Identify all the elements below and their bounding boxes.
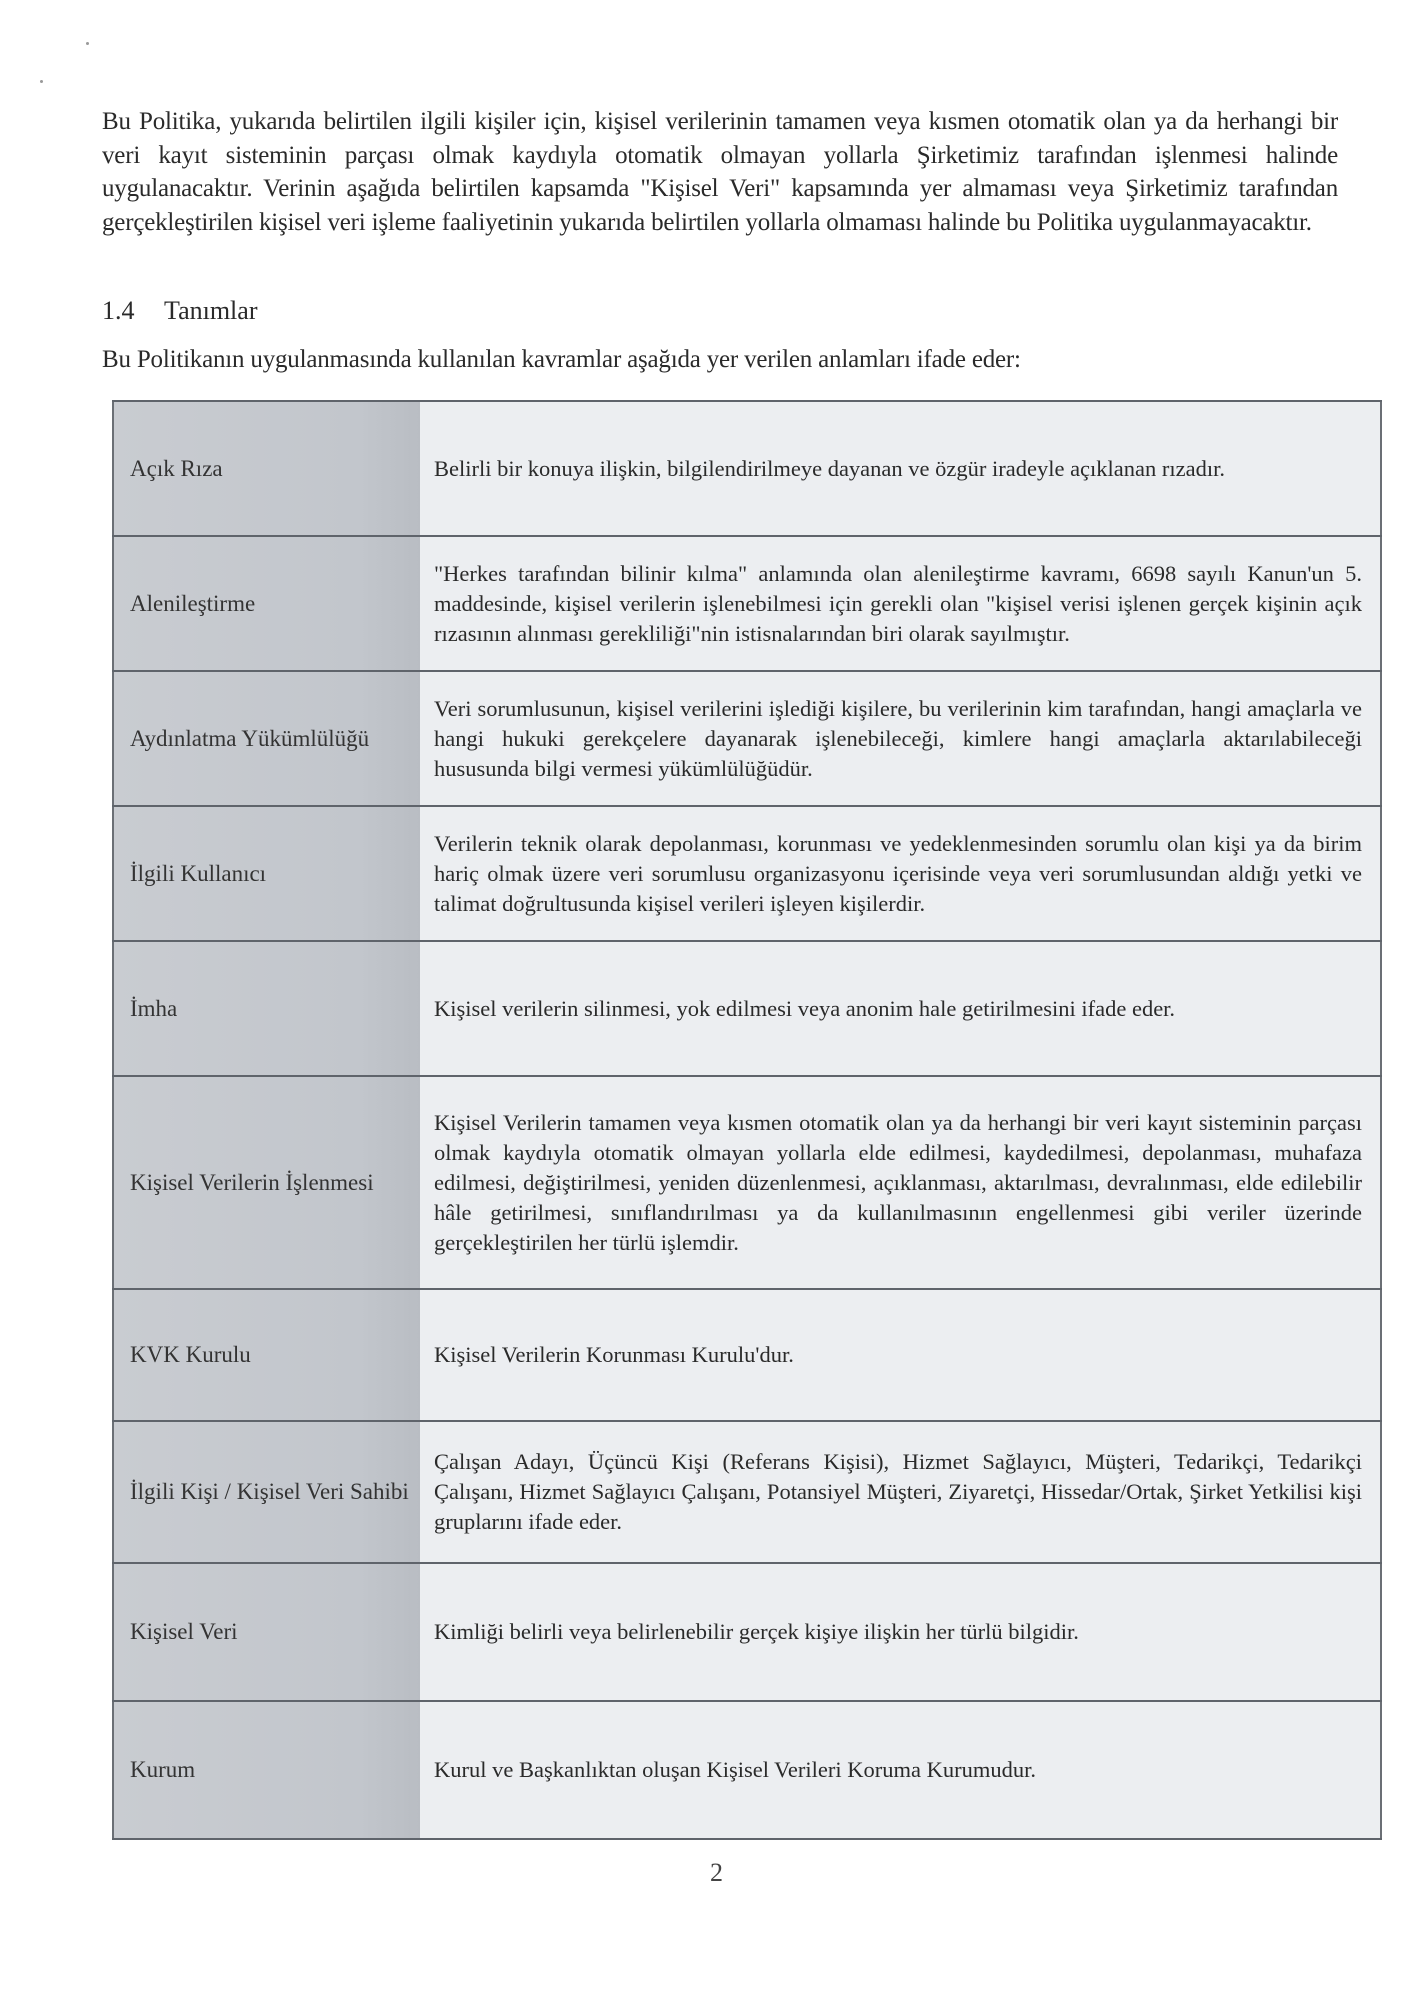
table-row: Kişisel Verilerin İşlenmesi Kişisel Veri… bbox=[113, 1076, 1381, 1289]
definition-cell: Belirli bir konuya ilişkin, bilgilendiri… bbox=[420, 401, 1381, 536]
term-cell: İlgili Kişi / Kişisel Veri Sahibi bbox=[113, 1421, 420, 1563]
table-row: Alenileştirme "Herkes tarafından bilinir… bbox=[113, 536, 1381, 671]
term-cell: Kişisel Verilerin İşlenmesi bbox=[113, 1076, 420, 1289]
page-number: 2 bbox=[710, 1858, 723, 1888]
definitions-table: Açık Rıza Belirli bir konuya ilişkin, bi… bbox=[112, 400, 1382, 1840]
scan-speck bbox=[40, 80, 43, 83]
term-cell: İlgili Kullanıcı bbox=[113, 806, 420, 941]
term-cell: İmha bbox=[113, 941, 420, 1076]
lead-text: Bu Politikanın uygulanmasında kullanılan… bbox=[102, 346, 1021, 374]
term-cell: KVK Kurulu bbox=[113, 1289, 420, 1421]
definition-cell: Kimliği belirli veya belirlenebilir gerç… bbox=[420, 1563, 1381, 1701]
definition-cell: "Herkes tarafından bilinir kılma" anlamı… bbox=[420, 536, 1381, 671]
intro-paragraph: Bu Politika, yukarıda belirtilen ilgili … bbox=[102, 105, 1338, 239]
scan-speck bbox=[86, 42, 89, 45]
term-cell: Kişisel Veri bbox=[113, 1563, 420, 1701]
definition-cell: Çalışan Adayı, Üçüncü Kişi (Referans Kiş… bbox=[420, 1421, 1381, 1563]
intro-text: Bu Politika, yukarıda belirtilen ilgili … bbox=[102, 105, 1338, 239]
section-title: Tanımlar bbox=[164, 296, 257, 325]
table-row: İlgili Kullanıcı Verilerin teknik olarak… bbox=[113, 806, 1381, 941]
definition-cell: Kişisel Verilerin Korunması Kurulu'dur. bbox=[420, 1289, 1381, 1421]
table-row: İmha Kişisel verilerin silinmesi, yok ed… bbox=[113, 941, 1381, 1076]
definition-cell: Verilerin teknik olarak depolanması, kor… bbox=[420, 806, 1381, 941]
term-cell: Kurum bbox=[113, 1701, 420, 1839]
term-cell: Aydınlatma Yükümlülüğü bbox=[113, 671, 420, 806]
table-row: Aydınlatma Yükümlülüğü Veri sorumlusunun… bbox=[113, 671, 1381, 806]
table-row: KVK Kurulu Kişisel Verilerin Korunması K… bbox=[113, 1289, 1381, 1421]
section-heading: 1.4Tanımlar bbox=[102, 296, 257, 326]
term-cell: Alenileştirme bbox=[113, 536, 420, 671]
section-number: 1.4 bbox=[102, 296, 164, 326]
table-row: İlgili Kişi / Kişisel Veri Sahibi Çalışa… bbox=[113, 1421, 1381, 1563]
table-row: Açık Rıza Belirli bir konuya ilişkin, bi… bbox=[113, 401, 1381, 536]
definition-cell: Kişisel Verilerin tamamen veya kısmen ot… bbox=[420, 1076, 1381, 1289]
term-cell: Açık Rıza bbox=[113, 401, 420, 536]
table-row: Kişisel Veri Kimliği belirli veya belirl… bbox=[113, 1563, 1381, 1701]
definition-cell: Kişisel verilerin silinmesi, yok edilmes… bbox=[420, 941, 1381, 1076]
definition-cell: Veri sorumlusunun, kişisel verilerini iş… bbox=[420, 671, 1381, 806]
table-row: Kurum Kurul ve Başkanlıktan oluşan Kişis… bbox=[113, 1701, 1381, 1839]
definition-cell: Kurul ve Başkanlıktan oluşan Kişisel Ver… bbox=[420, 1701, 1381, 1839]
